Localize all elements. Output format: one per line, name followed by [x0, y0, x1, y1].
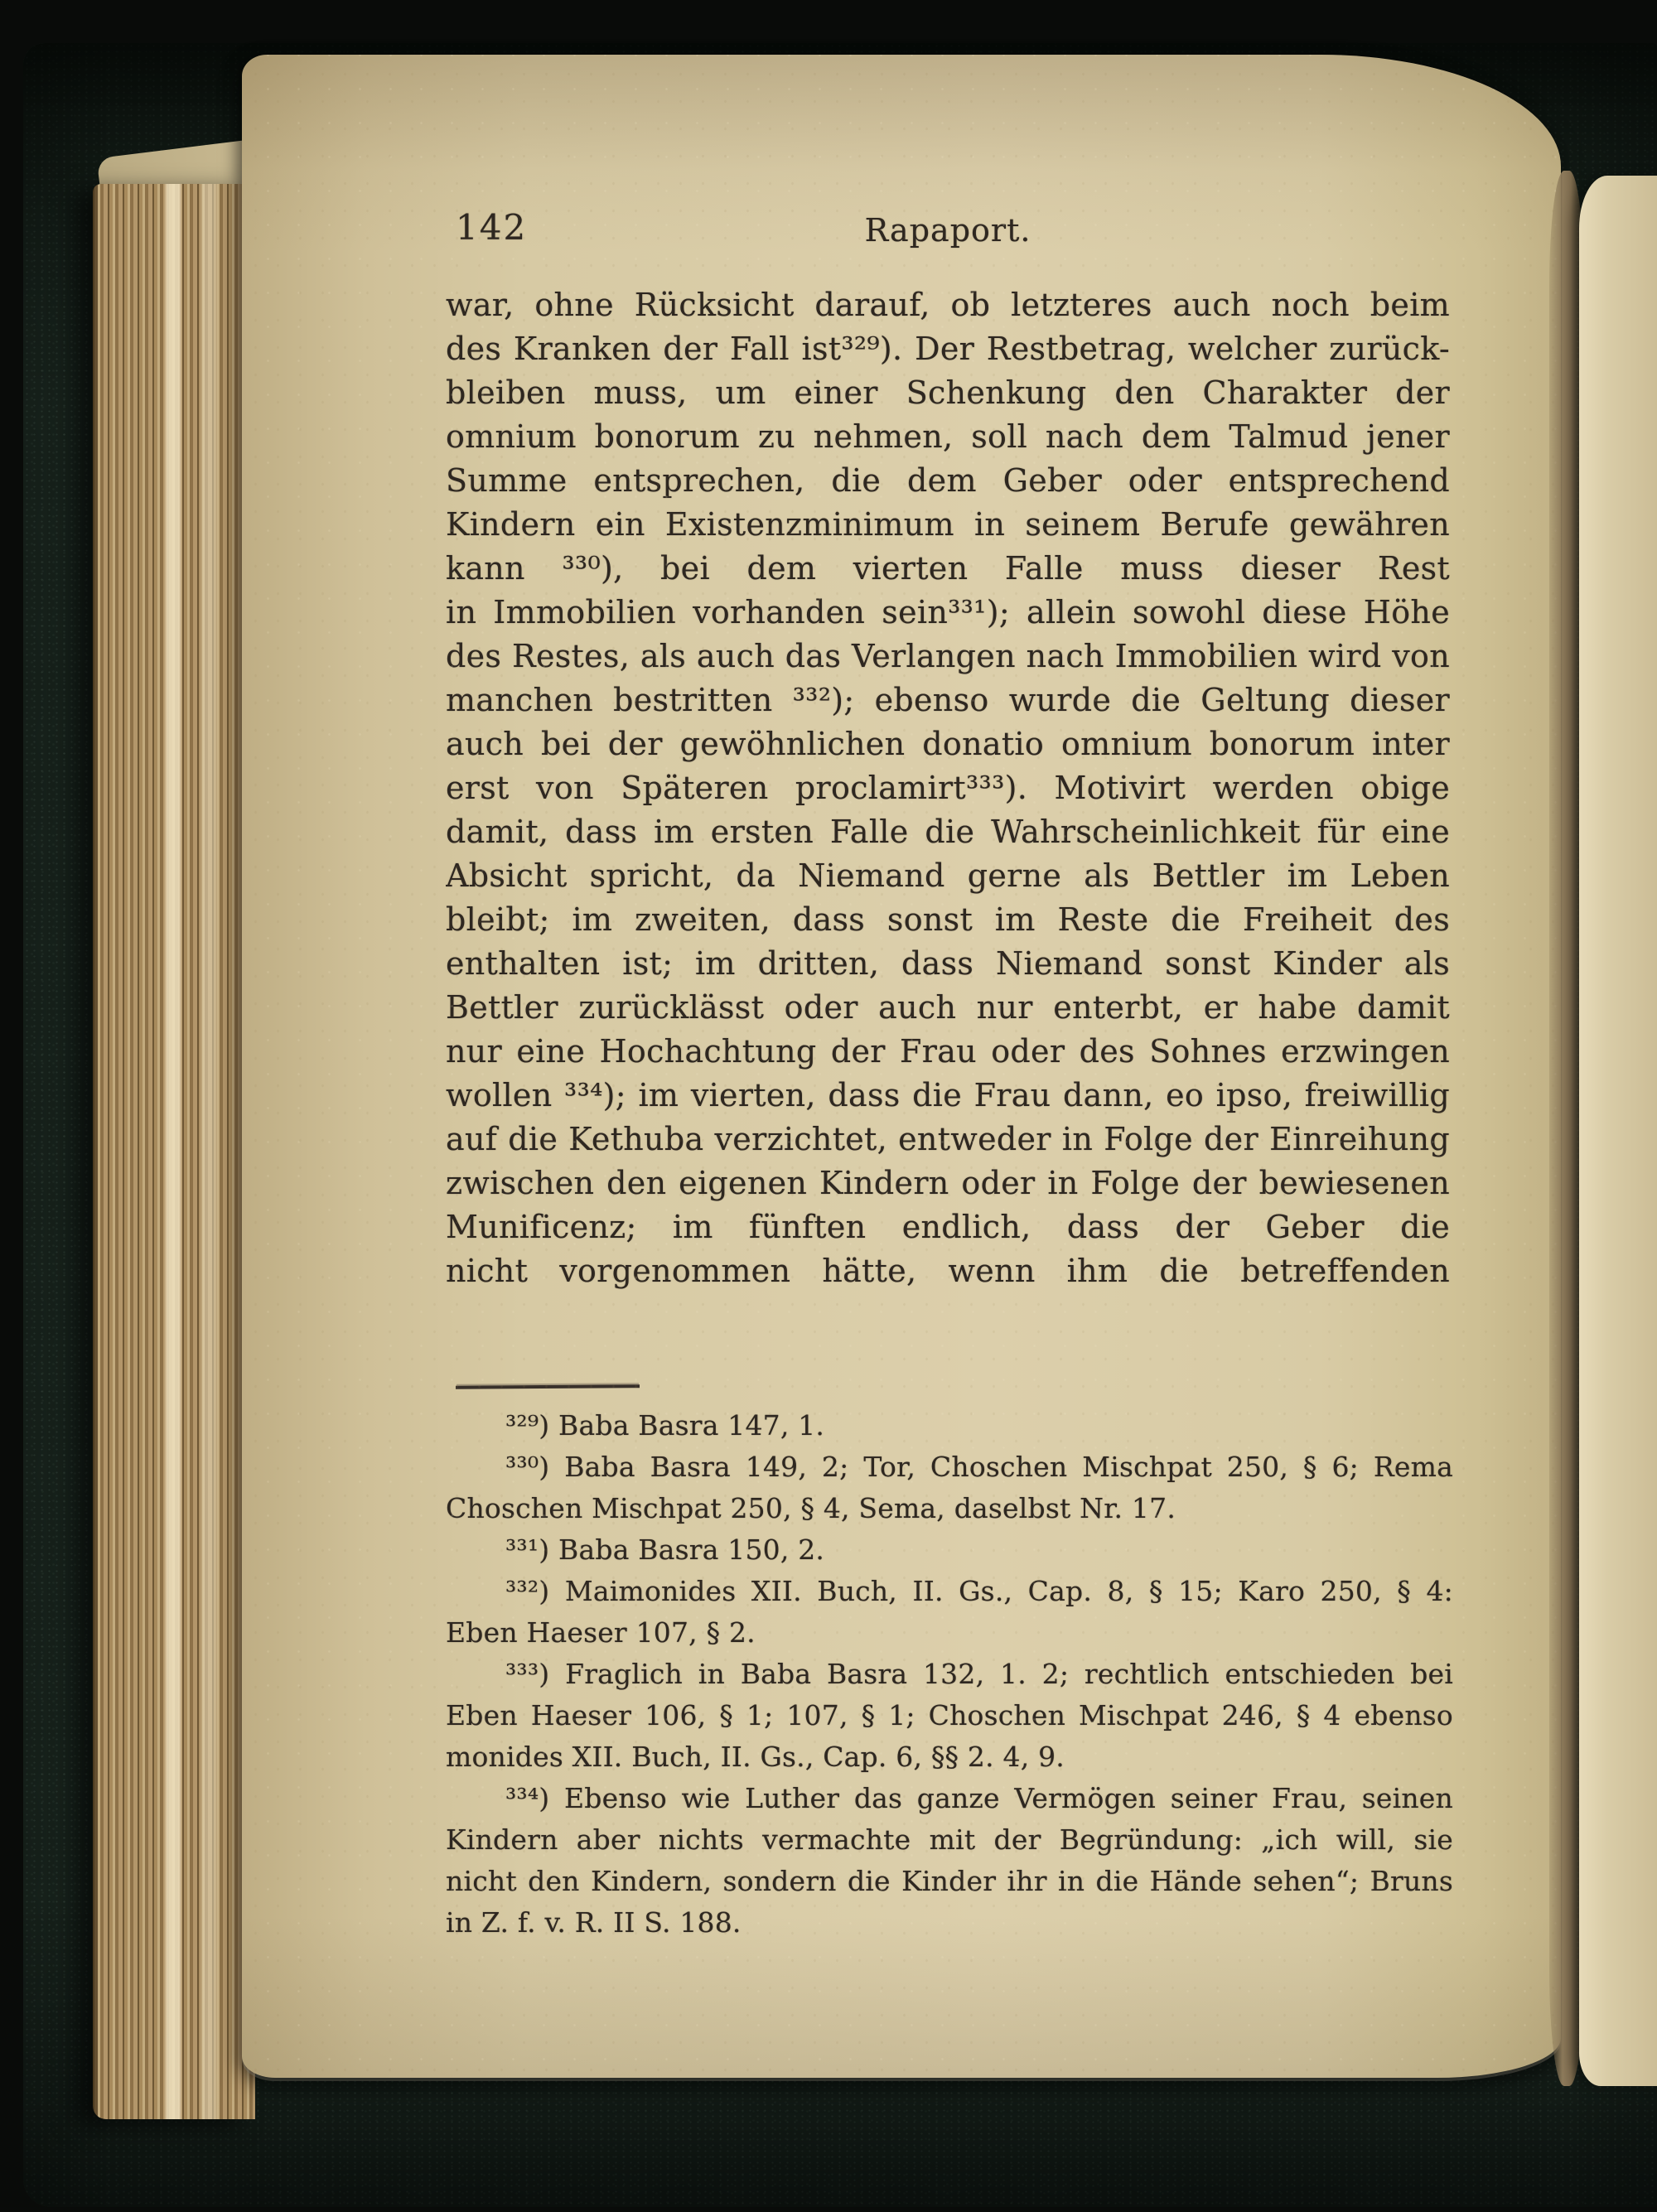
- footnote-separator: [456, 1384, 640, 1389]
- footnote-line: ³³⁰) Baba Basra 149, 2; Tor, Choschen Mi…: [446, 1446, 1453, 1488]
- footnote-line: Eben Haeser 107, § 2.: [446, 1612, 1453, 1654]
- footnote-line: in Z. f. v. R. II S. 188.: [446, 1902, 1453, 1944]
- body-line: auf die Kethuba verzichtet, entweder in …: [446, 1118, 1450, 1162]
- body-line: auch bei der gewöhnlichen donatio omnium…: [446, 722, 1450, 766]
- footnote-line: nicht den Kindern, sondern die Kinder ih…: [446, 1861, 1453, 1902]
- body-line: des Restes, als auch das Verlangen nach …: [446, 635, 1450, 679]
- body-line: bleibt; im zweiten, dass sonst im Reste …: [446, 898, 1450, 942]
- body-line: omnium bonorum zu nehmen, soll nach dem …: [446, 415, 1450, 459]
- footnote-line: ³³³) Fraglich in Baba Basra 132, 1. 2; r…: [446, 1654, 1453, 1695]
- body-line: damit, dass im ersten Falle die Wahrsche…: [446, 810, 1450, 854]
- body-line: nicht vorgenommen hätte, wenn ihm die be…: [446, 1249, 1450, 1293]
- body-line: enthalten ist; im dritten, dass Niemand …: [446, 942, 1450, 986]
- body-text: war, ohne Rücksicht darauf, ob letzteres…: [446, 283, 1450, 1293]
- footnote-line: Eben Haeser 106, § 1; 107, § 1; Choschen…: [446, 1695, 1453, 1736]
- facing-page-edge: [1579, 176, 1657, 2086]
- main-page: 142 Rapaport. war, ohne Rücksicht darauf…: [242, 55, 1561, 2078]
- footnote-line: ³³¹) Baba Basra 150, 2.: [446, 1529, 1453, 1571]
- body-line: kann ³³⁰), bei dem vierten Falle muss di…: [446, 547, 1450, 591]
- body-line: bleiben muss, um einer Schenkung den Cha…: [446, 371, 1450, 415]
- body-line: Summe entsprechen, die dem Geber oder en…: [446, 459, 1450, 503]
- book-photo: { "page": { "header": { "page_number": "…: [0, 0, 1657, 2212]
- body-line: manchen bestritten ³³²); ebenso wurde di…: [446, 679, 1450, 722]
- body-line: erst von Späteren proclamirt³³³). Motivi…: [446, 766, 1450, 810]
- body-line: in Immobilien vorhanden sein³³¹); allein…: [446, 591, 1450, 635]
- page-header: 142 Rapaport.: [446, 205, 1450, 252]
- footnote-line: monides XII. Buch, II. Gs., Cap. 6, §§ 2…: [446, 1736, 1453, 1778]
- body-line: des Kranken der Fall ist³²⁹). Der Restbe…: [446, 327, 1450, 371]
- body-line: Bettler zurücklässt oder auch nur enterb…: [446, 986, 1450, 1030]
- footnote-line: ³²⁹) Baba Basra 147, 1.: [446, 1405, 1453, 1446]
- body-line: wollen ³³⁴); im vierten, dass die Frau d…: [446, 1074, 1450, 1118]
- page-fore-edges: [93, 184, 255, 2119]
- body-line: nur eine Hochachtung der Frau oder des S…: [446, 1030, 1450, 1074]
- body-line: Munificenz; im fünften endlich, dass der…: [446, 1205, 1450, 1249]
- running-title: Rapaport.: [446, 212, 1450, 249]
- footnote-line: ³³²) Maimonides XII. Buch, II. Gs., Cap.…: [446, 1571, 1453, 1612]
- body-line: zwischen den eigenen Kindern oder in Fol…: [446, 1162, 1450, 1205]
- footnote-line: Kindern aber nichts vermachte mit der Be…: [446, 1819, 1453, 1861]
- body-line: war, ohne Rücksicht darauf, ob letzteres…: [446, 283, 1450, 327]
- body-line: Kindern ein Existenzminimum in seinem Be…: [446, 503, 1450, 547]
- body-line: Absicht spricht, da Niemand gerne als Be…: [446, 854, 1450, 898]
- footnotes: ³²⁹) Baba Basra 147, 1. ³³⁰) Baba Basra …: [446, 1405, 1453, 1944]
- footnote-line: ³³⁴) Ebenso wie Luther das ganze Vermöge…: [446, 1778, 1453, 1819]
- footnote-line: Choschen Mischpat 250, § 4, Sema, daselb…: [446, 1488, 1453, 1529]
